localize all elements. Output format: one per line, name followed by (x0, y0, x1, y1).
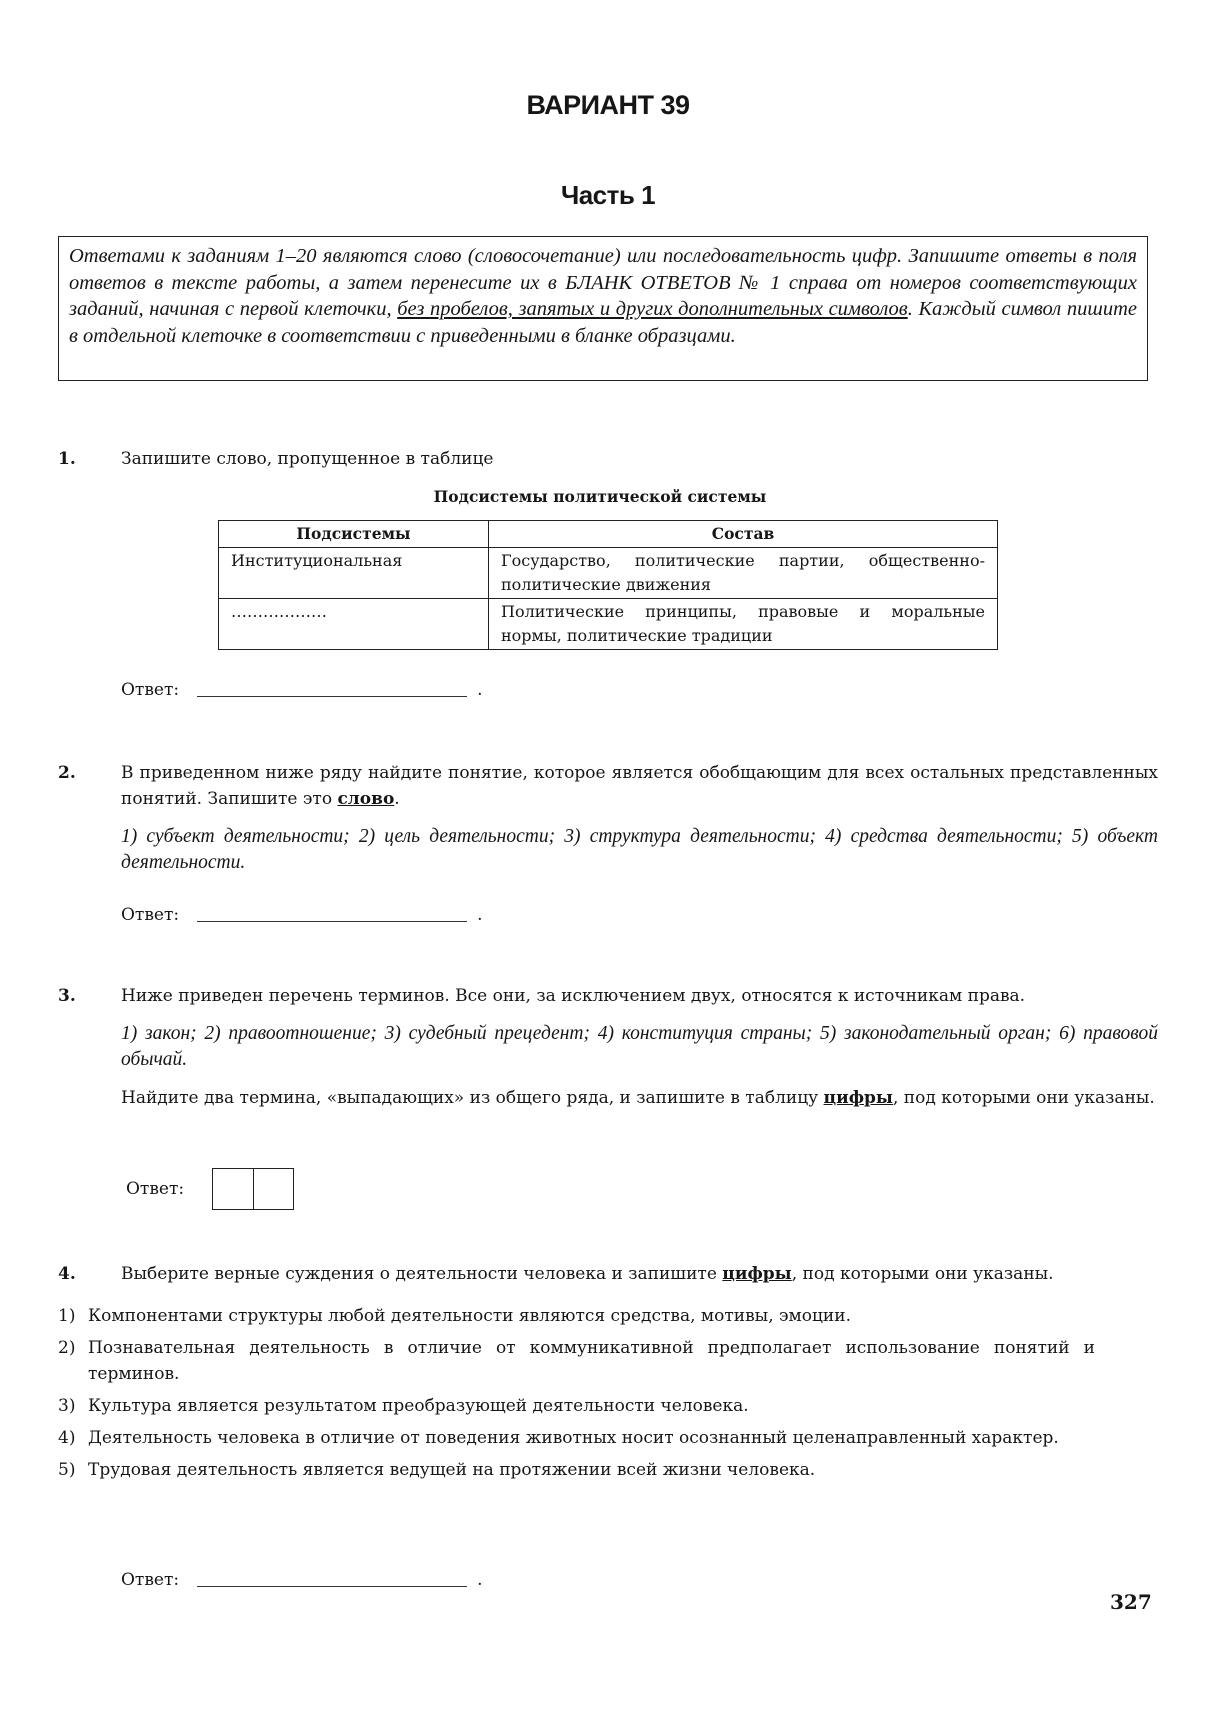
answer-dot: . (477, 680, 482, 700)
table-caption: Подсистемы политической системы (200, 487, 1000, 506)
instruction-text: Найдите два термина, «выпадающих» из общ… (121, 1088, 824, 1108)
instruction-emphasis: цифры (824, 1088, 893, 1108)
prompt-text-end: , под которыми они указаны. (792, 1264, 1054, 1284)
answer-boxes (212, 1168, 294, 1210)
page-number: 327 (1110, 1590, 1152, 1614)
answer-label: Ответ: (126, 1179, 184, 1199)
table-header: Состав (489, 521, 998, 548)
option-text: Познавательная деятельность в отличие от… (88, 1338, 1095, 1384)
table-cell-missing: ……………… (219, 599, 489, 650)
list-item: 4)Деятельность человека в отличие от пов… (58, 1425, 1095, 1451)
question-number: 2. (58, 760, 76, 786)
exam-page: ВАРИАНТ 39 Часть 1 Ответами к заданиям 1… (0, 0, 1216, 1712)
question-options: 1) закон; 2) правоотношение; 3) судебный… (121, 1021, 1158, 1073)
prompt-emphasis: цифры (722, 1264, 791, 1284)
instructions-underlined: без пробелов, запятых и других дополните… (397, 298, 907, 320)
answer-dot: . (477, 1570, 482, 1590)
option-text: Культура является результатом преобразую… (88, 1396, 749, 1416)
option-text: Компонентами структуры любой деятельност… (88, 1306, 851, 1326)
option-number: 1) (58, 1303, 75, 1329)
answer-label: Ответ: (121, 905, 179, 925)
table-cell: Политические принципы, правовые и мораль… (489, 599, 998, 650)
table-row: Институциональная Государство, политичес… (219, 548, 998, 599)
question-4: 4. Выберите верные суждения о деятельнос… (58, 1261, 1158, 1483)
answer-label: Ответ: (121, 1570, 179, 1590)
part-title: Часть 1 (0, 180, 1216, 211)
question-3: 3. Ниже приведен перечень терминов. Все … (58, 983, 1158, 1111)
list-item: 5)Трудовая деятельность является ведущей… (58, 1457, 1095, 1483)
instruction-text-end: , под которыми они указаны. (893, 1088, 1155, 1108)
option-text: Деятельность человека в отличие от повед… (88, 1428, 1059, 1448)
question-2: 2. В приведенном ниже ряду найдите понят… (58, 760, 1158, 876)
question-prompt: Запишите слово, пропущенное в таблице (121, 446, 1158, 472)
subsystems-table: Подсистемы Состав Институциональная Госу… (218, 520, 998, 650)
option-number: 4) (58, 1425, 75, 1451)
answer-4: Ответ:. (121, 1570, 483, 1590)
list-item: 1)Компонентами структуры любой деятельно… (58, 1303, 1095, 1329)
answer-2: Ответ:. (121, 905, 483, 925)
prompt-text: Выберите верные суждения о деятельности … (121, 1264, 722, 1284)
table-header: Подсистемы (219, 521, 489, 548)
answer-input-4[interactable] (197, 1585, 467, 1587)
option-number: 2) (58, 1335, 75, 1361)
answer-input-2[interactable] (197, 920, 467, 922)
instructions-box: Ответами к заданиям 1–20 являются слово … (58, 236, 1148, 381)
question-instruction: Найдите два термина, «выпадающих» из общ… (121, 1085, 1158, 1111)
table-row: ……………… Политические принципы, правовые и… (219, 599, 998, 650)
question-options: 1) субъект деятельности; 2) цель деятель… (121, 824, 1158, 876)
variant-title: ВАРИАНТ 39 (0, 90, 1216, 121)
prompt-text: В приведенном ниже ряду найдите понятие,… (121, 763, 1158, 809)
prompt-text-end: . (394, 789, 399, 809)
answer-input-1[interactable] (197, 695, 467, 697)
answer-box-2[interactable] (253, 1169, 293, 1209)
answer-3: Ответ: (126, 1168, 294, 1210)
question-number: 3. (58, 983, 76, 1009)
prompt-emphasis: слово (337, 789, 394, 809)
list-item: 3)Культура является результатом преобраз… (58, 1393, 1095, 1419)
answer-dot: . (477, 905, 482, 925)
question-number: 4. (58, 1261, 76, 1287)
table-cell: Институциональная (219, 548, 489, 599)
answer-1: Ответ:. (121, 680, 483, 700)
question-prompt: Выберите верные суждения о деятельности … (121, 1261, 1158, 1287)
option-text: Трудовая деятельность является ведущей н… (88, 1460, 815, 1480)
table-cell: Государство, политические партии, общест… (489, 548, 998, 599)
question-prompt: Ниже приведен перечень терминов. Все они… (121, 983, 1158, 1009)
option-number: 3) (58, 1393, 75, 1419)
table-header-row: Подсистемы Состав (219, 521, 998, 548)
question-prompt: В приведенном ниже ряду найдите понятие,… (121, 760, 1158, 812)
question-1: 1. Запишите слово, пропущенное в таблице (58, 446, 1158, 472)
question-number: 1. (58, 446, 76, 472)
option-number: 5) (58, 1457, 75, 1483)
answer-box-1[interactable] (213, 1169, 253, 1209)
answer-label: Ответ: (121, 680, 179, 700)
list-item: 2)Познавательная деятельность в отличие … (58, 1335, 1095, 1387)
options-list: 1)Компонентами структуры любой деятельно… (58, 1303, 1095, 1483)
